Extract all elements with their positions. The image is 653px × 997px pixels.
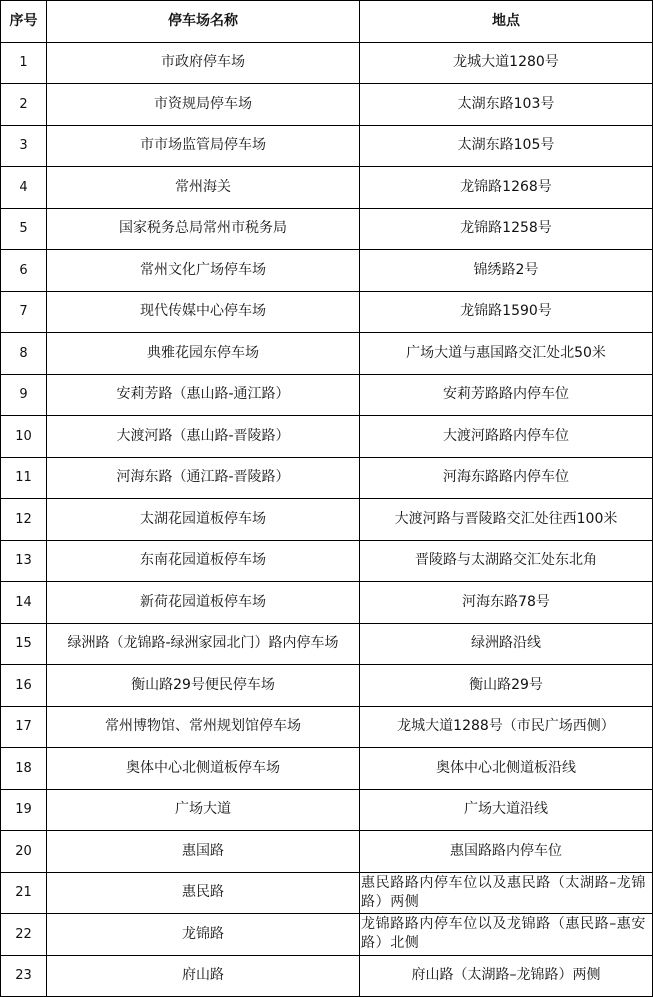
cell-seq: 9 [1,374,47,416]
table-row: 5国家税务总局常州市税务局龙锦路1258号 [1,208,653,250]
table-row: 7现代传媒中心停车场龙锦路1590号 [1,291,653,333]
cell-name: 东南花园道板停车场 [47,540,360,582]
header-name: 停车场名称 [47,1,360,43]
cell-location: 龙城大道1288号（市民广场西侧） [360,706,653,748]
cell-location: 太湖东路105号 [360,125,653,167]
cell-seq: 20 [1,831,47,873]
cell-seq: 8 [1,333,47,375]
cell-seq: 10 [1,416,47,458]
header-location: 地点 [360,1,653,43]
table-row: 22龙锦路龙锦路路内停车位以及龙锦路（惠民路–惠安路）北侧 [1,914,653,956]
cell-name: 太湖花园道板停车场 [47,499,360,541]
cell-name: 新荷花园道板停车场 [47,582,360,624]
cell-location: 河海东路78号 [360,582,653,624]
cell-name: 常州文化广场停车场 [47,250,360,292]
cell-location: 惠国路路内停车位 [360,831,653,873]
cell-location: 河海东路路内停车位 [360,457,653,499]
cell-name: 市资规局停车场 [47,84,360,126]
cell-name: 惠民路 [47,872,360,914]
cell-name: 府山路 [47,955,360,997]
cell-name: 衡山路29号便民停车场 [47,665,360,707]
cell-name: 龙锦路 [47,914,360,956]
cell-location: 大渡河路与晋陵路交汇处往西100米 [360,499,653,541]
cell-seq: 6 [1,250,47,292]
cell-seq: 22 [1,914,47,956]
table-row: 17常州博物馆、常州规划馆停车场龙城大道1288号（市民广场西侧） [1,706,653,748]
cell-seq: 2 [1,84,47,126]
table-row: 8典雅花园东停车场广场大道与惠国路交汇处北50米 [1,333,653,375]
cell-location: 龙锦路1268号 [360,167,653,209]
cell-seq: 16 [1,665,47,707]
table-row: 20惠国路惠国路路内停车位 [1,831,653,873]
table-row: 12太湖花园道板停车场大渡河路与晋陵路交汇处往西100米 [1,499,653,541]
table-row: 10大渡河路（惠山路-晋陵路）大渡河路路内停车位 [1,416,653,458]
cell-name: 市政府停车场 [47,42,360,84]
cell-location: 太湖东路103号 [360,84,653,126]
table-row: 18奥体中心北侧道板停车场奥体中心北侧道板沿线 [1,748,653,790]
cell-seq: 23 [1,955,47,997]
cell-seq: 18 [1,748,47,790]
cell-name: 广场大道 [47,789,360,831]
cell-name: 奥体中心北侧道板停车场 [47,748,360,790]
cell-seq: 17 [1,706,47,748]
cell-location: 龙锦路1258号 [360,208,653,250]
cell-name: 河海东路（通江路-晋陵路） [47,457,360,499]
cell-name: 大渡河路（惠山路-晋陵路） [47,416,360,458]
cell-name: 绿洲路（龙锦路-绿洲家园北门）路内停车场 [47,623,360,665]
cell-seq: 7 [1,291,47,333]
cell-name: 安莉芳路（惠山路-通江路） [47,374,360,416]
cell-name: 现代传媒中心停车场 [47,291,360,333]
cell-seq: 3 [1,125,47,167]
cell-location: 龙锦路路内停车位以及龙锦路（惠民路–惠安路）北侧 [360,914,653,956]
cell-location: 广场大道与惠国路交汇处北50米 [360,333,653,375]
cell-location: 府山路（太湖路–龙锦路）两侧 [360,955,653,997]
table-row: 3市市场监管局停车场太湖东路105号 [1,125,653,167]
table-row: 21惠民路惠民路路内停车位以及惠民路（太湖路–龙锦路）两侧 [1,872,653,914]
table-row: 13东南花园道板停车场晋陵路与太湖路交汇处东北角 [1,540,653,582]
table-row: 23府山路府山路（太湖路–龙锦路）两侧 [1,955,653,997]
cell-location: 大渡河路路内停车位 [360,416,653,458]
cell-name: 国家税务总局常州市税务局 [47,208,360,250]
table-row: 4常州海关龙锦路1268号 [1,167,653,209]
cell-name: 惠国路 [47,831,360,873]
cell-seq: 21 [1,872,47,914]
cell-seq: 13 [1,540,47,582]
cell-name: 常州海关 [47,167,360,209]
header-seq: 序号 [1,1,47,43]
cell-name: 常州博物馆、常州规划馆停车场 [47,706,360,748]
cell-name: 市市场监管局停车场 [47,125,360,167]
table-row: 16衡山路29号便民停车场衡山路29号 [1,665,653,707]
cell-location: 广场大道沿线 [360,789,653,831]
cell-location: 晋陵路与太湖路交汇处东北角 [360,540,653,582]
table-row: 6常州文化广场停车场锦绣路2号 [1,250,653,292]
cell-name: 典雅花园东停车场 [47,333,360,375]
cell-seq: 19 [1,789,47,831]
cell-location: 惠民路路内停车位以及惠民路（太湖路–龙锦路）两侧 [360,872,653,914]
cell-seq: 11 [1,457,47,499]
cell-seq: 1 [1,42,47,84]
table-row: 19广场大道广场大道沿线 [1,789,653,831]
cell-location: 龙城大道1280号 [360,42,653,84]
cell-location: 衡山路29号 [360,665,653,707]
table-row: 2市资规局停车场太湖东路103号 [1,84,653,126]
table-row: 9安莉芳路（惠山路-通江路）安莉芳路路内停车位 [1,374,653,416]
cell-location: 龙锦路1590号 [360,291,653,333]
cell-location: 安莉芳路路内停车位 [360,374,653,416]
table-row: 11河海东路（通江路-晋陵路）河海东路路内停车位 [1,457,653,499]
table-row: 15绿洲路（龙锦路-绿洲家园北门）路内停车场绿洲路沿线 [1,623,653,665]
cell-seq: 4 [1,167,47,209]
cell-seq: 12 [1,499,47,541]
cell-seq: 5 [1,208,47,250]
cell-seq: 14 [1,582,47,624]
cell-seq: 15 [1,623,47,665]
table-header-row: 序号 停车场名称 地点 [1,1,653,43]
cell-location: 绿洲路沿线 [360,623,653,665]
table-row: 1市政府停车场龙城大道1280号 [1,42,653,84]
cell-location: 锦绣路2号 [360,250,653,292]
parking-lot-table: 序号 停车场名称 地点 1市政府停车场龙城大道1280号 2市资规局停车场太湖东… [0,0,653,997]
cell-location: 奥体中心北侧道板沿线 [360,748,653,790]
table-row: 14新荷花园道板停车场河海东路78号 [1,582,653,624]
